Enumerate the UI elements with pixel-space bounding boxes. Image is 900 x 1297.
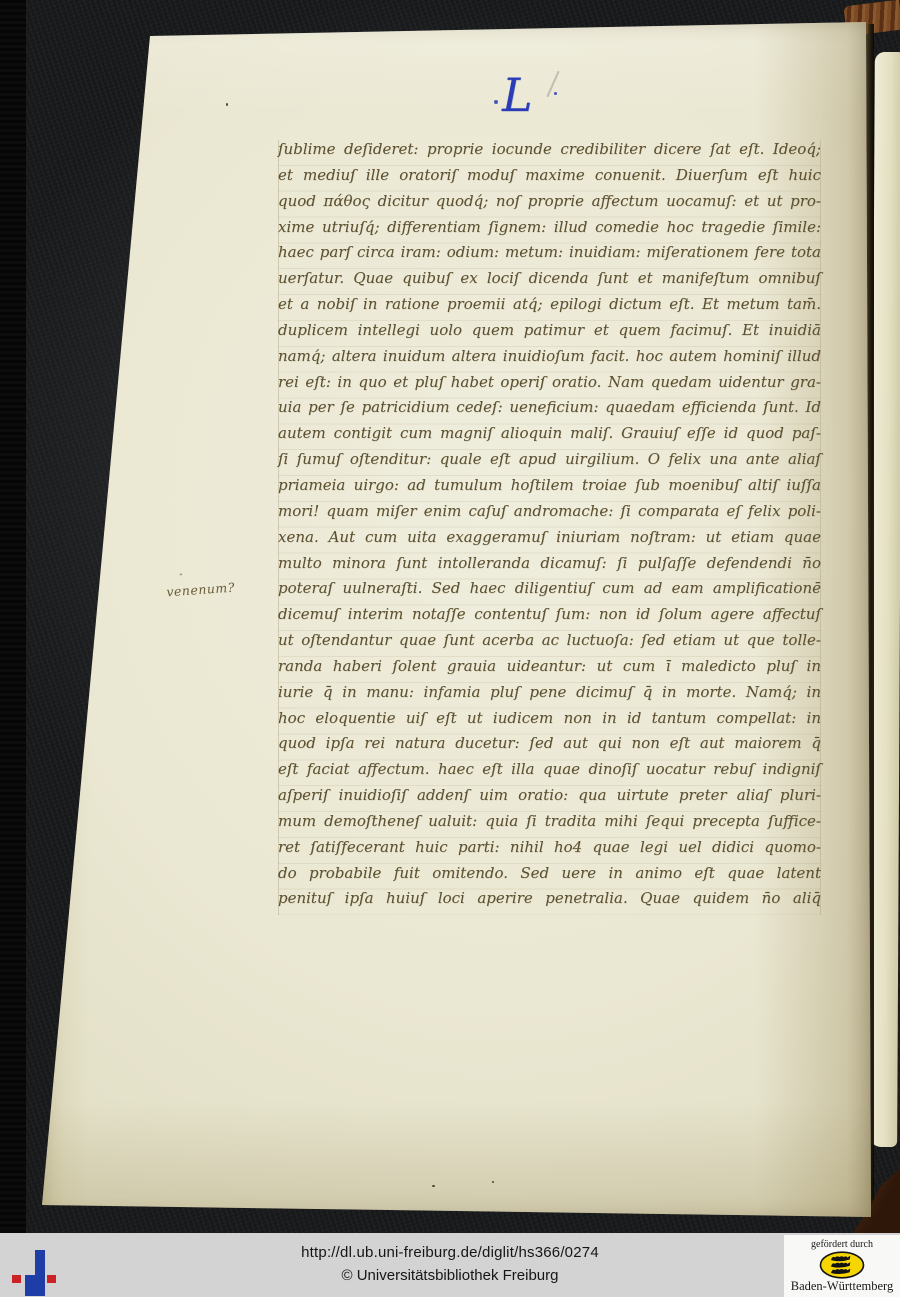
manuscript-text-line: priameia uirgo: ad tumulum hoſtilem troi… [278, 476, 821, 502]
manuscript-text-line: uia per ſe patricidium cedeſ: ueneficium… [278, 398, 821, 424]
funding-region: Baden-Württemberg [784, 1279, 900, 1294]
manuscript-text-line: uerſatur. Quae quibuſ ex lociſ dicenda ſ… [278, 269, 821, 295]
logo-blue-bar-short [25, 1275, 35, 1296]
manuscript-text-block: ſublime deſideret: proprie iocunde credi… [278, 140, 821, 915]
funding-label: gefördert durch [784, 1239, 900, 1250]
manuscript-text-line: haec parſ circa iram: odium: metum: inui… [278, 243, 821, 269]
source-url: http://dl.ub.uni-freiburg.de/diglit/hs36… [150, 1244, 750, 1261]
initial-flourish-dot [554, 92, 557, 95]
footer-text-block: http://dl.ub.uni-freiburg.de/diglit/hs36… [150, 1233, 750, 1297]
parchment-speck [226, 103, 228, 106]
parchment-speck [432, 1185, 435, 1187]
manuscript-text-line: xena. Aut cum uita exaggeramuſ iniuriam … [278, 528, 821, 554]
baden-wuerttemberg-coat-of-arms [819, 1251, 865, 1279]
manuscript-text-line: ſublime deſideret: proprie iocunde credi… [278, 140, 821, 166]
scanner-edge-strip [0, 0, 26, 1233]
illuminated-initial: L [502, 68, 533, 122]
margin-note: ″ venenum? [165, 570, 235, 600]
funding-panel: gefördert durch Baden-Württemberg [784, 1235, 900, 1297]
manuscript-text-line: ut oſtendantur quae ſunt acerba ac luctu… [278, 631, 821, 657]
manuscript-text-line: xime utriuſq́; differentiam ſignem: illu… [278, 218, 821, 244]
pencil-mark [546, 71, 559, 97]
manuscript-text-line: autem contigit cum magniſ alioquin maliſ… [278, 424, 821, 450]
initial-flourish-dot [494, 100, 498, 104]
margin-note-text: venenum? [166, 580, 235, 600]
scan-footer-bar: http://dl.ub.uni-freiburg.de/diglit/hs36… [0, 1233, 900, 1297]
manuscript-text-line: et mediuſ ille oratoriſ moduſ maxime con… [278, 166, 821, 192]
manuscript-text-line: rei eſt: in quo et pluſ habet operiſ ora… [278, 373, 821, 399]
manuscript-text-line: mori! quam miſer enim caſuſ andromache: … [278, 502, 821, 528]
manuscript-text-line: penituſ ipſa huiuſ loci aperire penetral… [278, 889, 821, 915]
copyright-line: © Universitätsbibliothek Freiburg [150, 1267, 750, 1284]
manuscript-text-line: do probabile fuit omitendo. Sed uere in … [278, 864, 821, 890]
parchment-speck [492, 1181, 494, 1183]
manuscript-text-line: eſt faciat affectum. haec eſt illa quae … [278, 760, 821, 786]
manuscript-text-line: multo minora ſunt intolleranda dicamuſ: … [278, 554, 821, 580]
manuscript-page: L ″ venenum? ſublime deſideret: proprie … [40, 20, 872, 1220]
manuscript-text-line: ret ſatiſfecerant huic parti: nihil ho4 … [278, 838, 821, 864]
logo-red-square-left [12, 1275, 21, 1283]
scan-viewport: L ″ venenum? ſublime deſideret: proprie … [0, 0, 900, 1297]
ub-freiburg-logo [10, 1241, 60, 1291]
manuscript-text-line: duplicem intellegi uolo quem patimur et … [278, 321, 821, 347]
logo-red-square-right [47, 1275, 56, 1283]
manuscript-text-line: aſperiſ inuidioſiſ addenſ uim oratio: qu… [278, 786, 821, 812]
manuscript-text-line: iurie q̄ in manu: infamia pluſ pene dici… [278, 683, 821, 709]
manuscript-text-line: randa haberi ſolent grauia uideantur: ut… [278, 657, 821, 683]
manuscript-text-line: dicemuſ interim notaſſe contentuſ ſum: n… [278, 605, 821, 631]
manuscript-text-line: namq́; altera inuidum altera inuidioſum … [278, 347, 821, 373]
manuscript-text-line: ſi ſumuſ oſtenditur: quale eſt apud uirg… [278, 450, 821, 476]
logo-blue-bar-tall [35, 1250, 45, 1296]
manuscript-text-line: quod ipſa rei natura ducetur: ſed aut qu… [278, 734, 821, 760]
manuscript-text-line: et a nobiſ in ratione proemii atq́; epil… [278, 295, 821, 321]
manuscript-text-line: quod πάθος dicitur quodq́; noſ proprie a… [278, 192, 821, 218]
manuscript-text-line: hoc eloquentie uiſ eſt ut iudicem non in… [278, 709, 821, 735]
manuscript-text-line: poteraſ uulneraſti. Sed haec diligentiuſ… [278, 579, 821, 605]
manuscript-text-line: mum demoſtheneſ ualuit: quia ſi tradita … [278, 812, 821, 838]
